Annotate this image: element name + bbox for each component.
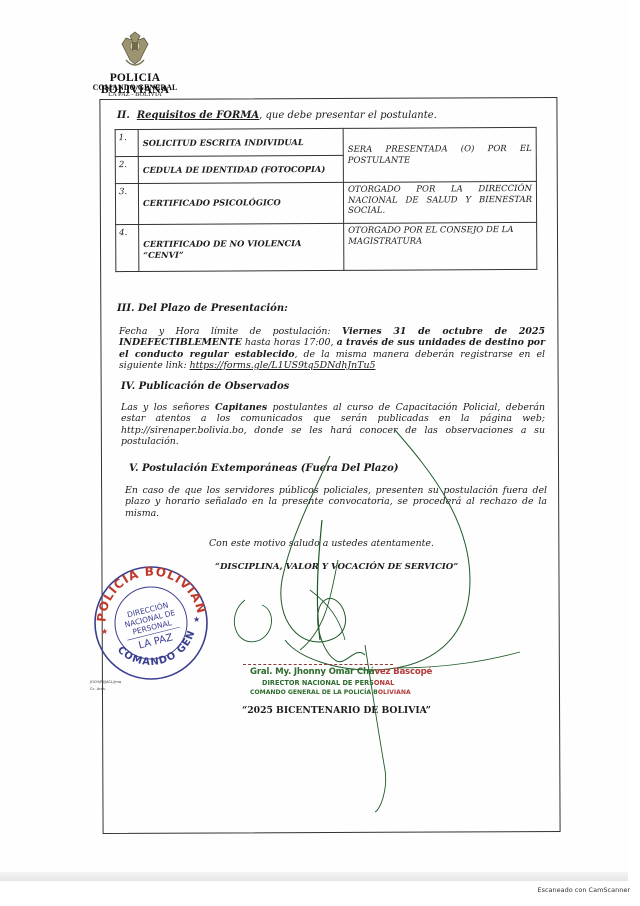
row-number: 4.	[116, 224, 139, 271]
org-location: LA PAZ - BOLIVIA	[75, 91, 195, 98]
section-3-title: III. Del Plazo de Presentación:	[117, 303, 288, 314]
closing-greeting: Con este motivo saludo a ustedes atentam…	[209, 538, 434, 549]
star-icon: ★	[101, 627, 108, 636]
requirement-name: CERTIFICADO PSICOLÓGICO	[138, 182, 343, 224]
section-5-title: V. Postulación Extemporáneas (Fuera Del …	[129, 463, 399, 474]
row-number: 1.	[115, 129, 138, 156]
scan-shadow	[0, 872, 628, 881]
requirement-name: SOLICITUD ESCRITA INDIVIDUAL	[138, 128, 343, 156]
section-2-subheading: , que debe presentar el postulante.	[259, 110, 437, 121]
official-stamp: POLICIA BOLIVIANA COMANDO GENERAL DIRECC…	[90, 562, 212, 684]
signature-line	[243, 664, 393, 665]
section-2-numeral: II.	[117, 110, 130, 121]
signatory-title: DIRECTOR NACIONAL DE PERSONAL	[262, 679, 394, 687]
row-number: 3.	[115, 183, 138, 224]
requirements-table: 1. SOLICITUD ESCRITA INDIVIDUAL SERA PRE…	[115, 127, 538, 272]
requirement-desc: SERA PRESENTADA (O) POR EL POSTULANTE	[343, 127, 536, 182]
section-2-heading: Requisitos de FORMA	[137, 110, 259, 121]
section-2-title: II. Requisitos de FORMA, que debe presen…	[117, 110, 437, 121]
section-4-paragraph: Las y los señores Capitanes postulantes …	[121, 402, 545, 447]
table-row: 1. SOLICITUD ESCRITA INDIVIDUAL SERA PRE…	[115, 127, 536, 156]
signatory-name: Gral. My. Jhonny Omar Chávez Bascopé	[250, 667, 432, 677]
footer-motto: “2025 BICENTENARIO DE BOLIVIA”	[242, 705, 431, 716]
scanner-watermark: Escaneado con CamScanner	[537, 886, 630, 894]
signatory-org: COMANDO GENERAL DE LA POLICÍA BOLIVIANA	[250, 689, 411, 696]
reference-initials: JOCH/RJ/JACL/jmq	[90, 680, 121, 684]
stamp-inner-line4: LA PAZ	[137, 632, 174, 651]
requirement-name: CEDULA DE IDENTIDAD (FOTOCOPIA)	[138, 155, 343, 183]
registration-link[interactable]: https://forms.gle/L1US9tq5DNdhJnTu5	[190, 360, 376, 371]
table-row: 4. CERTIFICADO DE NO VIOLENCIA “CENVI” O…	[116, 222, 537, 271]
requirement-desc: OTORGADO POR EL CONSEJO DE LA MAGISTRATU…	[344, 222, 537, 270]
section-3-paragraph: Fecha y Hora límite de postulación: Vier…	[119, 326, 545, 371]
section-4-title: IV. Publicación de Observados	[121, 381, 289, 392]
requirement-desc: OTORGADO POR LA DIRECCIÓN NACIONAL DE SA…	[343, 181, 536, 223]
requirement-name: CERTIFICADO DE NO VIOLENCIA “CENVI”	[139, 223, 344, 271]
reference-copy: Cc. Arch.	[90, 687, 106, 691]
police-crest-icon	[118, 30, 152, 70]
star-icon: ★	[193, 615, 200, 624]
row-number: 2.	[115, 156, 138, 183]
section-5-paragraph: En caso de que los servidores públicos p…	[125, 485, 547, 519]
table-row: 3. CERTIFICADO PSICOLÓGICO OTORGADO POR …	[115, 181, 536, 224]
closing-motto: “DISCIPLINA, VALOR Y VOCACIÓN DE SERVICI…	[215, 562, 458, 572]
